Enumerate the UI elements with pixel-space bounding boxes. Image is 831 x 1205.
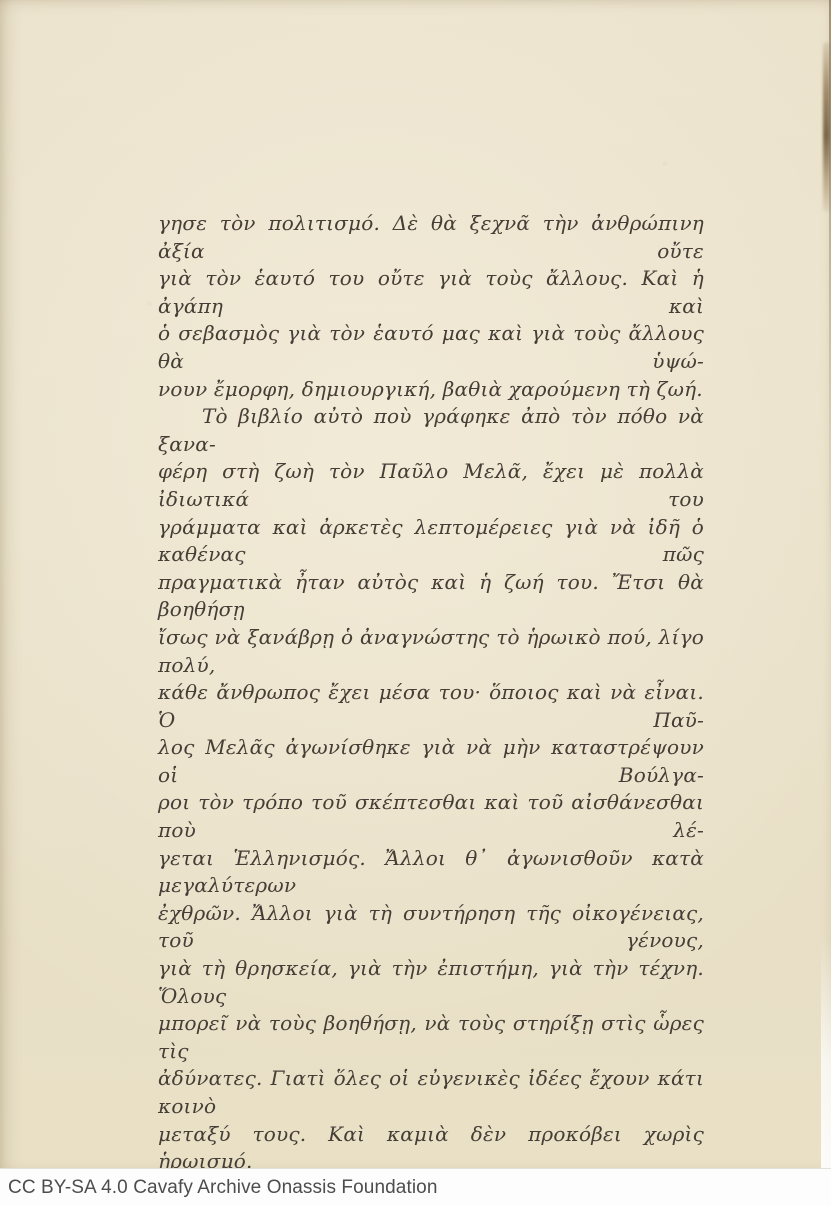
- text-line: ἴσως νὰ ξανάβρῃ ὁ ἀναγνώστης τὸ ἡρωικὸ π…: [158, 624, 704, 679]
- text-line: μπορεῖ νὰ τοὺς βοηθήσῃ, νὰ τοὺς στηρίξῃ …: [158, 1010, 704, 1065]
- page-edge-highlight: [821, 938, 831, 1168]
- text-line: γεται Ἑλληνισμός. Ἄλλοι θ᾽ ἀγωνισθοῦν κα…: [158, 845, 704, 900]
- page-paper: γησε τὸν πολιτισμό. Δὲ θὰ ξεχνᾶ τὴν ἀνθρ…: [0, 0, 831, 1168]
- text-line: ὁ σεβασμὸς γιὰ τὸν ἑαυτό μας καὶ γιὰ τοὺ…: [158, 320, 704, 375]
- attribution-text: CC BY-SA 4.0 Cavafy Archive Onassis Foun…: [0, 1177, 438, 1199]
- text-line: γιὰ τὴ θρησκεία, γιὰ τὴν ἐπιστήμη, γιὰ τ…: [158, 955, 704, 1010]
- text-line: Τὸ βιβλίο αὐτὸ ποὺ γράφηκε ἀπὸ τὸν πόθο …: [158, 403, 704, 458]
- text-line: νουν ἔμορφη, δημιουργική, βαθιὰ χαρούμεν…: [158, 376, 704, 404]
- text-line: γιὰ τὸν ἑαυτό του οὔτε γιὰ τοὺς ἄλλους. …: [158, 265, 704, 320]
- page-text-block: γησε τὸν πολιτισμό. Δὲ θὰ ξεχνᾶ τὴν ἀνθρ…: [158, 210, 704, 1176]
- book-page-scan: γησε τὸν πολιτισμό. Δὲ θὰ ξεχνᾶ τὴν ἀνθρ…: [0, 0, 831, 1205]
- book-edge-shadow: [823, 42, 830, 212]
- text-line: γησε τὸν πολιτισμό. Δὲ θὰ ξεχνᾶ τὴν ἀνθρ…: [158, 210, 704, 265]
- text-line: ροι τὸν τρόπο τοῦ σκέπτεσθαι καὶ τοῦ αἰσ…: [158, 789, 704, 844]
- text-line: πραγματικὰ ἦταν αὐτὸς καὶ ἡ ζωή του. Ἔτσ…: [158, 569, 704, 624]
- attribution-bar: CC BY-SA 4.0 Cavafy Archive Onassis Foun…: [0, 1168, 831, 1205]
- text-line: ἀδύνατες. Γιατὶ ὅλες οἱ εὐγενικὲς ἰδέες …: [158, 1065, 704, 1120]
- text-line: φέρη στὴ ζωὴ τὸν Παῦλο Μελᾶ, ἔχει μὲ πολ…: [158, 458, 704, 513]
- text-line: ἐχθρῶν. Ἄλλοι γιὰ τὴ συντήρηση τῆς οἰκογ…: [158, 900, 704, 955]
- text-line: γράμματα καὶ ἀρκετὲς λεπτομέρειες γιὰ νὰ…: [158, 514, 704, 569]
- text-line: κάθε ἄνθρωπος ἔχει μέσα του· ὅποιος καὶ …: [158, 679, 704, 734]
- text-line: λος Μελᾶς ἀγωνίσθηκε γιὰ νὰ μὴν καταστρέ…: [158, 734, 704, 789]
